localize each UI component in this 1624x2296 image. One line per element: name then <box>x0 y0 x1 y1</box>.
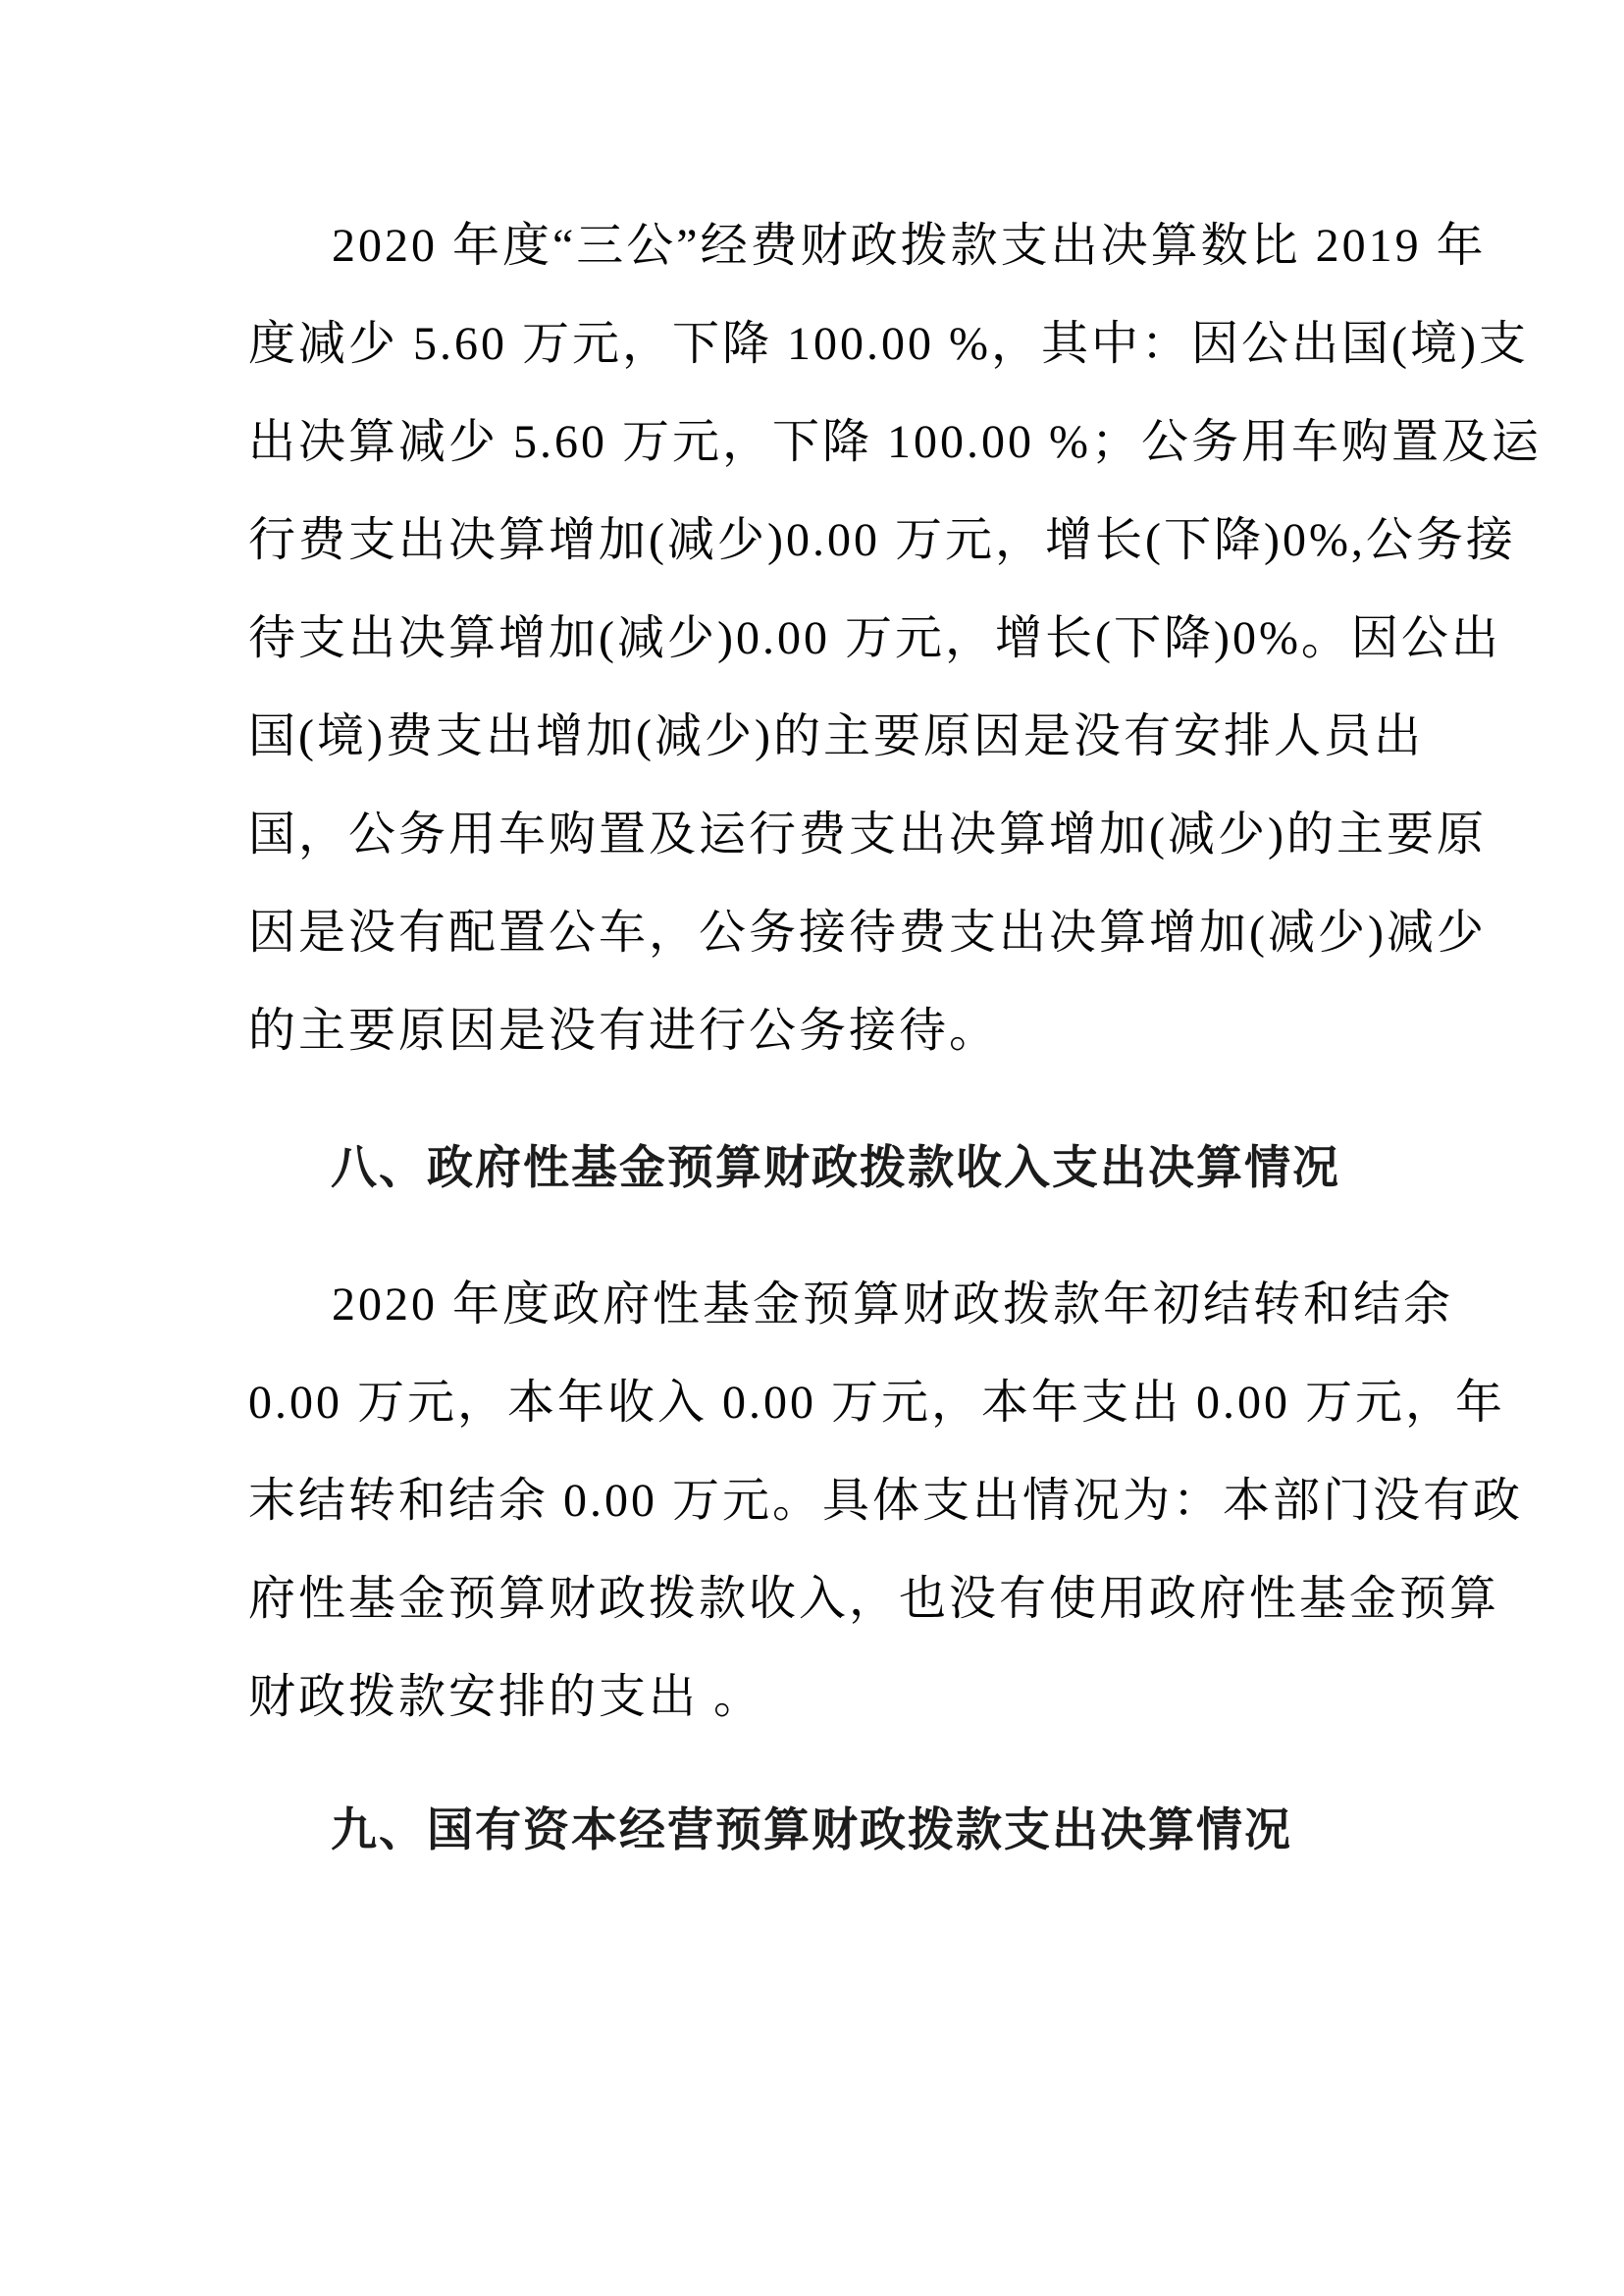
paragraph1-line: 因是没有配置公车，公务接待费支出决算增加(减少)减少 <box>248 884 1387 982</box>
section-heading-8: 八、政府性基金预算财政拨款收入支出决算情况 <box>248 1119 1387 1217</box>
paragraph1-line: 2020 年度“三公”经费财政拨款支出决算数比 2019 年 <box>248 197 1387 295</box>
paragraph2-line: 0.00 万元，本年收入 0.00 万元，本年支出 0.00 万元，年 <box>248 1354 1387 1452</box>
paragraph1-line: 出决算减少 5.60 万元，下降 100.00 %；公务用车购置及运 <box>248 393 1387 492</box>
document-page: 2020 年度“三公”经费财政拨款支出决算数比 2019 年 度减少 5.60 … <box>0 0 1624 2296</box>
paragraph1-line: 行费支出决算增加(减少)0.00 万元，增长(下降)0%,公务接 <box>248 492 1387 590</box>
paragraph2-line: 末结转和结余 0.00 万元。具体支出情况为：本部门没有政 <box>248 1452 1387 1550</box>
section-heading-9: 九、国有资本经营预算财政拨款支出决算情况 <box>248 1781 1387 1879</box>
document-content: 2020 年度“三公”经费财政拨款支出决算数比 2019 年 度减少 5.60 … <box>248 197 1387 1879</box>
paragraph1-line: 国，公务用车购置及运行费支出决算增加(减少)的主要原 <box>248 786 1387 884</box>
paragraph2-line: 府性基金预算财政拨款收入，也没有使用政府性基金预算 <box>248 1550 1387 1648</box>
paragraph1-line: 度减少 5.60 万元，下降 100.00 %，其中：因公出国(境)支 <box>248 295 1387 393</box>
paragraph2-line: 2020 年度政府性基金预算财政拨款年初结转和结余 <box>248 1256 1387 1354</box>
paragraph1-line: 的主要原因是没有进行公务接待。 <box>248 982 1387 1080</box>
paragraph2-line: 财政拨款安排的支出 。 <box>248 1648 1387 1747</box>
paragraph1-line: 国(境)费支出增加(减少)的主要原因是没有安排人员出 <box>248 688 1387 786</box>
paragraph1-line: 待支出决算增加(减少)0.00 万元，增长(下降)0%。因公出 <box>248 590 1387 688</box>
